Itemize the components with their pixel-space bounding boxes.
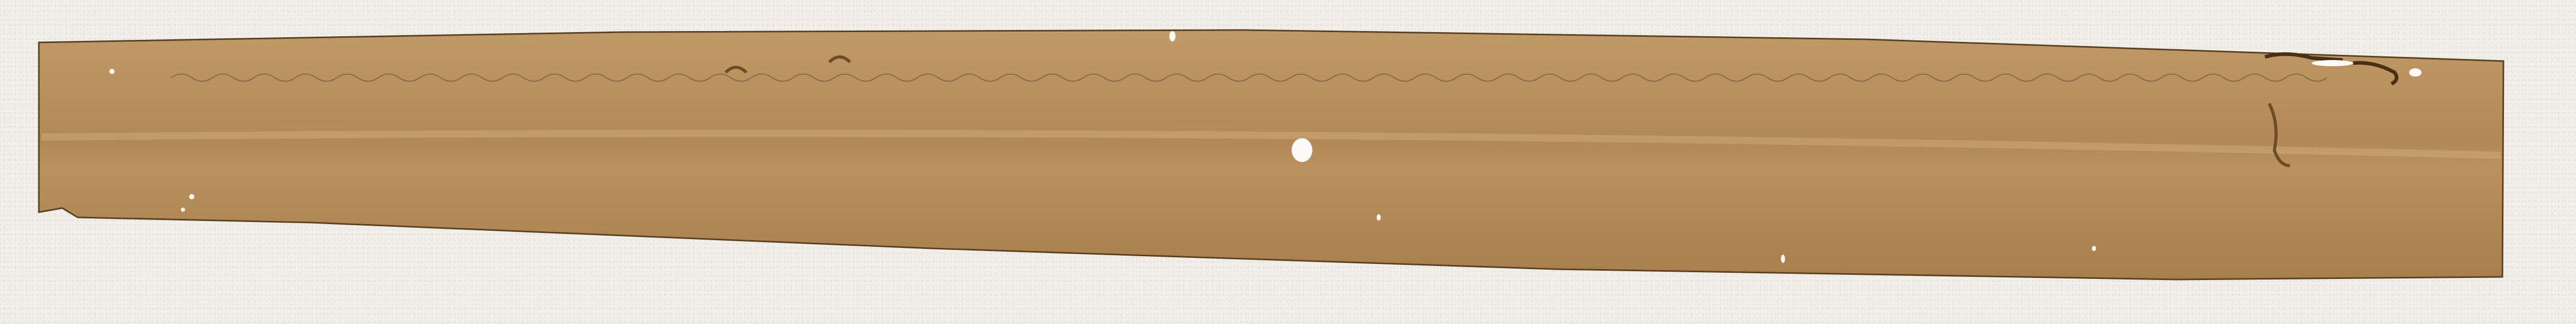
worm-hole xyxy=(181,208,185,212)
palm-leaf-manuscript: Palm-leaf manuscript folio Odia Single l… xyxy=(0,0,2576,324)
manuscript-line-4 xyxy=(166,144,2410,165)
worm-hole xyxy=(109,69,115,74)
worm-hole xyxy=(1377,214,1381,220)
string-hole xyxy=(1292,138,1312,162)
worm-hole xyxy=(1169,31,1176,41)
manuscript-line-6 xyxy=(176,195,2363,215)
edge-tear xyxy=(2312,60,2353,66)
edge-tear xyxy=(2409,68,2422,77)
manuscript-line-1 xyxy=(171,66,2400,87)
worm-hole xyxy=(189,194,194,199)
manuscript-line-3 xyxy=(166,117,2405,138)
manuscript-line-5 xyxy=(171,170,2405,190)
worm-hole xyxy=(2092,246,2096,251)
worm-hole xyxy=(1781,255,1785,263)
manuscript-line-2 xyxy=(171,92,2395,113)
